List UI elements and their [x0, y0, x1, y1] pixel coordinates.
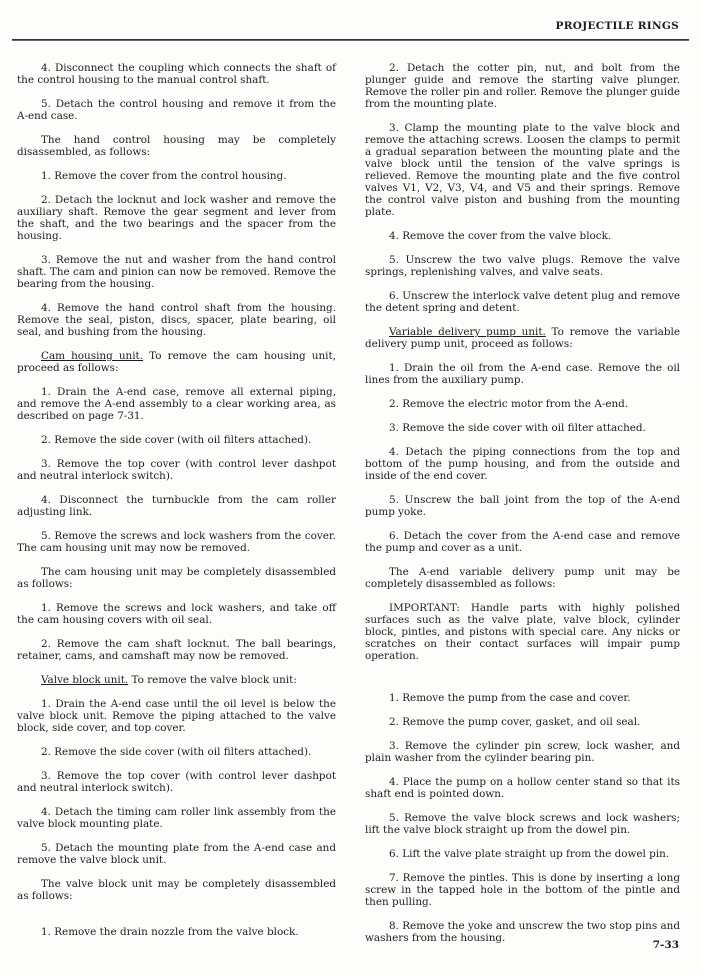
paragraph: 2. Detach the locknut and lock washer an…: [17, 194, 336, 242]
paragraph: 4. Detach the timing cam roller link ass…: [17, 806, 336, 830]
paragraph-text: 2. Remove the side cover (with oil filte…: [41, 746, 311, 758]
paragraph: 4. Remove the cover from the valve block…: [365, 230, 680, 242]
paragraph: 8. Remove the yoke and unscrew the two s…: [365, 920, 680, 944]
section-heading: Cam housing unit.: [41, 350, 143, 362]
paragraph-text: 6. Detach the cover from the A-end case …: [365, 530, 680, 554]
paragraph: 4. Disconnect the turnbuckle from the ca…: [17, 494, 336, 518]
paragraph-text: 1. Remove the drain nozzle from the valv…: [41, 926, 299, 938]
paragraph-text: 2. Detach the cotter pin, nut, and bolt …: [365, 62, 680, 110]
section-paragraph: Variable delivery pump unit. To remove t…: [365, 326, 680, 350]
paragraph: 5. Unscrew the ball joint from the top o…: [365, 494, 680, 518]
paragraph-text: 1. Drain the A-end case, remove all exte…: [17, 386, 336, 422]
paragraph-text: The A-end variable delivery pump unit ma…: [365, 566, 680, 590]
paragraph-text: 6. Unscrew the interlock valve detent pl…: [365, 290, 680, 314]
paragraph-text: 4. Detach the piping connections from th…: [365, 446, 680, 482]
paragraph: 2. Detach the cotter pin, nut, and bolt …: [365, 62, 680, 110]
paragraph-text: 5. Unscrew the two valve plugs. Remove t…: [365, 254, 680, 278]
paragraph-text: 8. Remove the yoke and unscrew the two s…: [365, 920, 680, 944]
paragraph: 1. Drain the oil from the A-end case. Re…: [365, 362, 680, 386]
paragraph: 1. Remove the drain nozzle from the valv…: [17, 926, 336, 938]
paragraph: The A-end variable delivery pump unit ma…: [365, 566, 680, 590]
paragraph-text: 3. Clamp the mounting plate to the valve…: [365, 122, 680, 218]
paragraph: 3. Remove the top cover (with control le…: [17, 458, 336, 482]
paragraph-text: 3. Remove the top cover (with control le…: [17, 770, 336, 794]
paragraph-text: 5. Remove the screws and lock washers fr…: [17, 530, 336, 554]
section-paragraph: Cam housing unit. To remove the cam hous…: [17, 350, 336, 374]
paragraph-text: The cam housing unit may be completely d…: [17, 566, 336, 590]
paragraph-text: 1. Drain the A-end case until the oil le…: [17, 698, 336, 734]
header-rule: [12, 39, 689, 41]
paragraph-text: 5. Remove the valve block screws and loc…: [365, 812, 680, 836]
paragraph: 4. Detach the piping connections from th…: [365, 446, 680, 482]
left-column: 4. Disconnect the coupling which connect…: [17, 62, 336, 938]
paragraph-text: 1. Remove the screws and lock washers, a…: [17, 602, 336, 626]
paragraph: IMPORTANT: Handle parts with highly poli…: [365, 602, 680, 662]
paragraph: 5. Remove the screws and lock washers fr…: [17, 530, 336, 554]
section-heading: Variable delivery pump unit.: [389, 326, 546, 338]
paragraph: 2. Remove the electric motor from the A-…: [365, 398, 680, 410]
paragraph: 2. Remove the cam shaft locknut. The bal…: [17, 638, 336, 662]
paragraph-text: 4. Disconnect the coupling which connect…: [17, 62, 336, 86]
paragraph-text: 4. Disconnect the turnbuckle from the ca…: [17, 494, 336, 518]
paragraph: 3. Remove the nut and washer from the ha…: [17, 254, 336, 290]
paragraph: 3. Remove the side cover with oil filter…: [365, 422, 680, 434]
paragraph: 1. Remove the screws and lock washers, a…: [17, 602, 336, 626]
paragraph: The valve block unit may be completely d…: [17, 878, 336, 902]
paragraph: 2. Remove the side cover (with oil filte…: [17, 746, 336, 758]
paragraph-text: IMPORTANT: Handle parts with highly poli…: [365, 602, 680, 662]
paragraph: 3. Clamp the mounting plate to the valve…: [365, 122, 680, 218]
page-header-title: PROJECTILE RINGS: [556, 20, 679, 32]
paragraph-text: 3. Remove the cylinder pin screw, lock w…: [365, 740, 680, 764]
paragraph: 1. Remove the pump from the case and cov…: [365, 692, 680, 704]
paragraph: 6. Lift the valve plate straight up from…: [365, 848, 680, 860]
paragraph: 1. Drain the A-end case, remove all exte…: [17, 386, 336, 422]
right-column: 2. Detach the cotter pin, nut, and bolt …: [365, 62, 680, 944]
paragraph: 5. Remove the valve block screws and loc…: [365, 812, 680, 836]
paragraph-text: 2. Remove the pump cover, gasket, and oi…: [389, 716, 640, 728]
paragraph: 5. Detach the control housing and remove…: [17, 98, 336, 122]
paragraph-text: 2. Remove the electric motor from the A-…: [389, 398, 628, 410]
paragraph-text: 3. Remove the side cover with oil filter…: [389, 422, 646, 434]
paragraph: 2. Remove the pump cover, gasket, and oi…: [365, 716, 680, 728]
paragraph-text: The hand control housing may be complete…: [17, 134, 336, 158]
paragraph: 6. Detach the cover from the A-end case …: [365, 530, 680, 554]
paragraph-text: 5. Detach the mounting plate from the A-…: [17, 842, 336, 866]
paragraph-text: 2. Remove the cam shaft locknut. The bal…: [17, 638, 336, 662]
paragraph-text: 1. Drain the oil from the A-end case. Re…: [365, 362, 680, 386]
section-paragraph: Valve block unit. To remove the valve bl…: [17, 674, 336, 686]
paragraph: The cam housing unit may be completely d…: [17, 566, 336, 590]
paragraph: 5. Unscrew the two valve plugs. Remove t…: [365, 254, 680, 278]
paragraph-text: 4. Remove the cover from the valve block…: [389, 230, 611, 242]
paragraph: 1. Drain the A-end case until the oil le…: [17, 698, 336, 734]
paragraph: 3. Remove the top cover (with control le…: [17, 770, 336, 794]
paragraph: The hand control housing may be complete…: [17, 134, 336, 158]
paragraph-text: The valve block unit may be completely d…: [17, 878, 336, 902]
paragraph-text: 4. Remove the hand control shaft from th…: [17, 302, 336, 338]
paragraph-text: To remove the valve block unit:: [128, 674, 297, 686]
paragraph-text: 6. Lift the valve plate straight up from…: [389, 848, 669, 860]
paragraph: 2. Remove the side cover (with oil filte…: [17, 434, 336, 446]
paragraph-text: 4. Detach the timing cam roller link ass…: [17, 806, 336, 830]
paragraph-text: 3. Remove the top cover (with control le…: [17, 458, 336, 482]
paragraph-text: 1. Remove the pump from the case and cov…: [389, 692, 631, 704]
page-number: 7-33: [653, 939, 679, 951]
paragraph-text: 1. Remove the cover from the control hou…: [41, 170, 287, 182]
paragraph-text: 5. Detach the control housing and remove…: [17, 98, 336, 122]
paragraph: 4. Place the pump on a hollow center sta…: [365, 776, 680, 800]
paragraph-text: 2. Detach the locknut and lock washer an…: [17, 194, 336, 242]
paragraph-text: 5. Unscrew the ball joint from the top o…: [365, 494, 680, 518]
paragraph-text: 7. Remove the pintles. This is done by i…: [365, 872, 680, 908]
paragraph-text: 3. Remove the nut and washer from the ha…: [17, 254, 336, 290]
paragraph: 4. Remove the hand control shaft from th…: [17, 302, 336, 338]
paragraph: 6. Unscrew the interlock valve detent pl…: [365, 290, 680, 314]
paragraph: 7. Remove the pintles. This is done by i…: [365, 872, 680, 908]
paragraph-text: 2. Remove the side cover (with oil filte…: [41, 434, 311, 446]
paragraph-text: 4. Place the pump on a hollow center sta…: [365, 776, 680, 800]
paragraph: 3. Remove the cylinder pin screw, lock w…: [365, 740, 680, 764]
paragraph: 1. Remove the cover from the control hou…: [17, 170, 336, 182]
paragraph: 5. Detach the mounting plate from the A-…: [17, 842, 336, 866]
section-heading: Valve block unit.: [41, 674, 128, 686]
paragraph: 4. Disconnect the coupling which connect…: [17, 62, 336, 86]
